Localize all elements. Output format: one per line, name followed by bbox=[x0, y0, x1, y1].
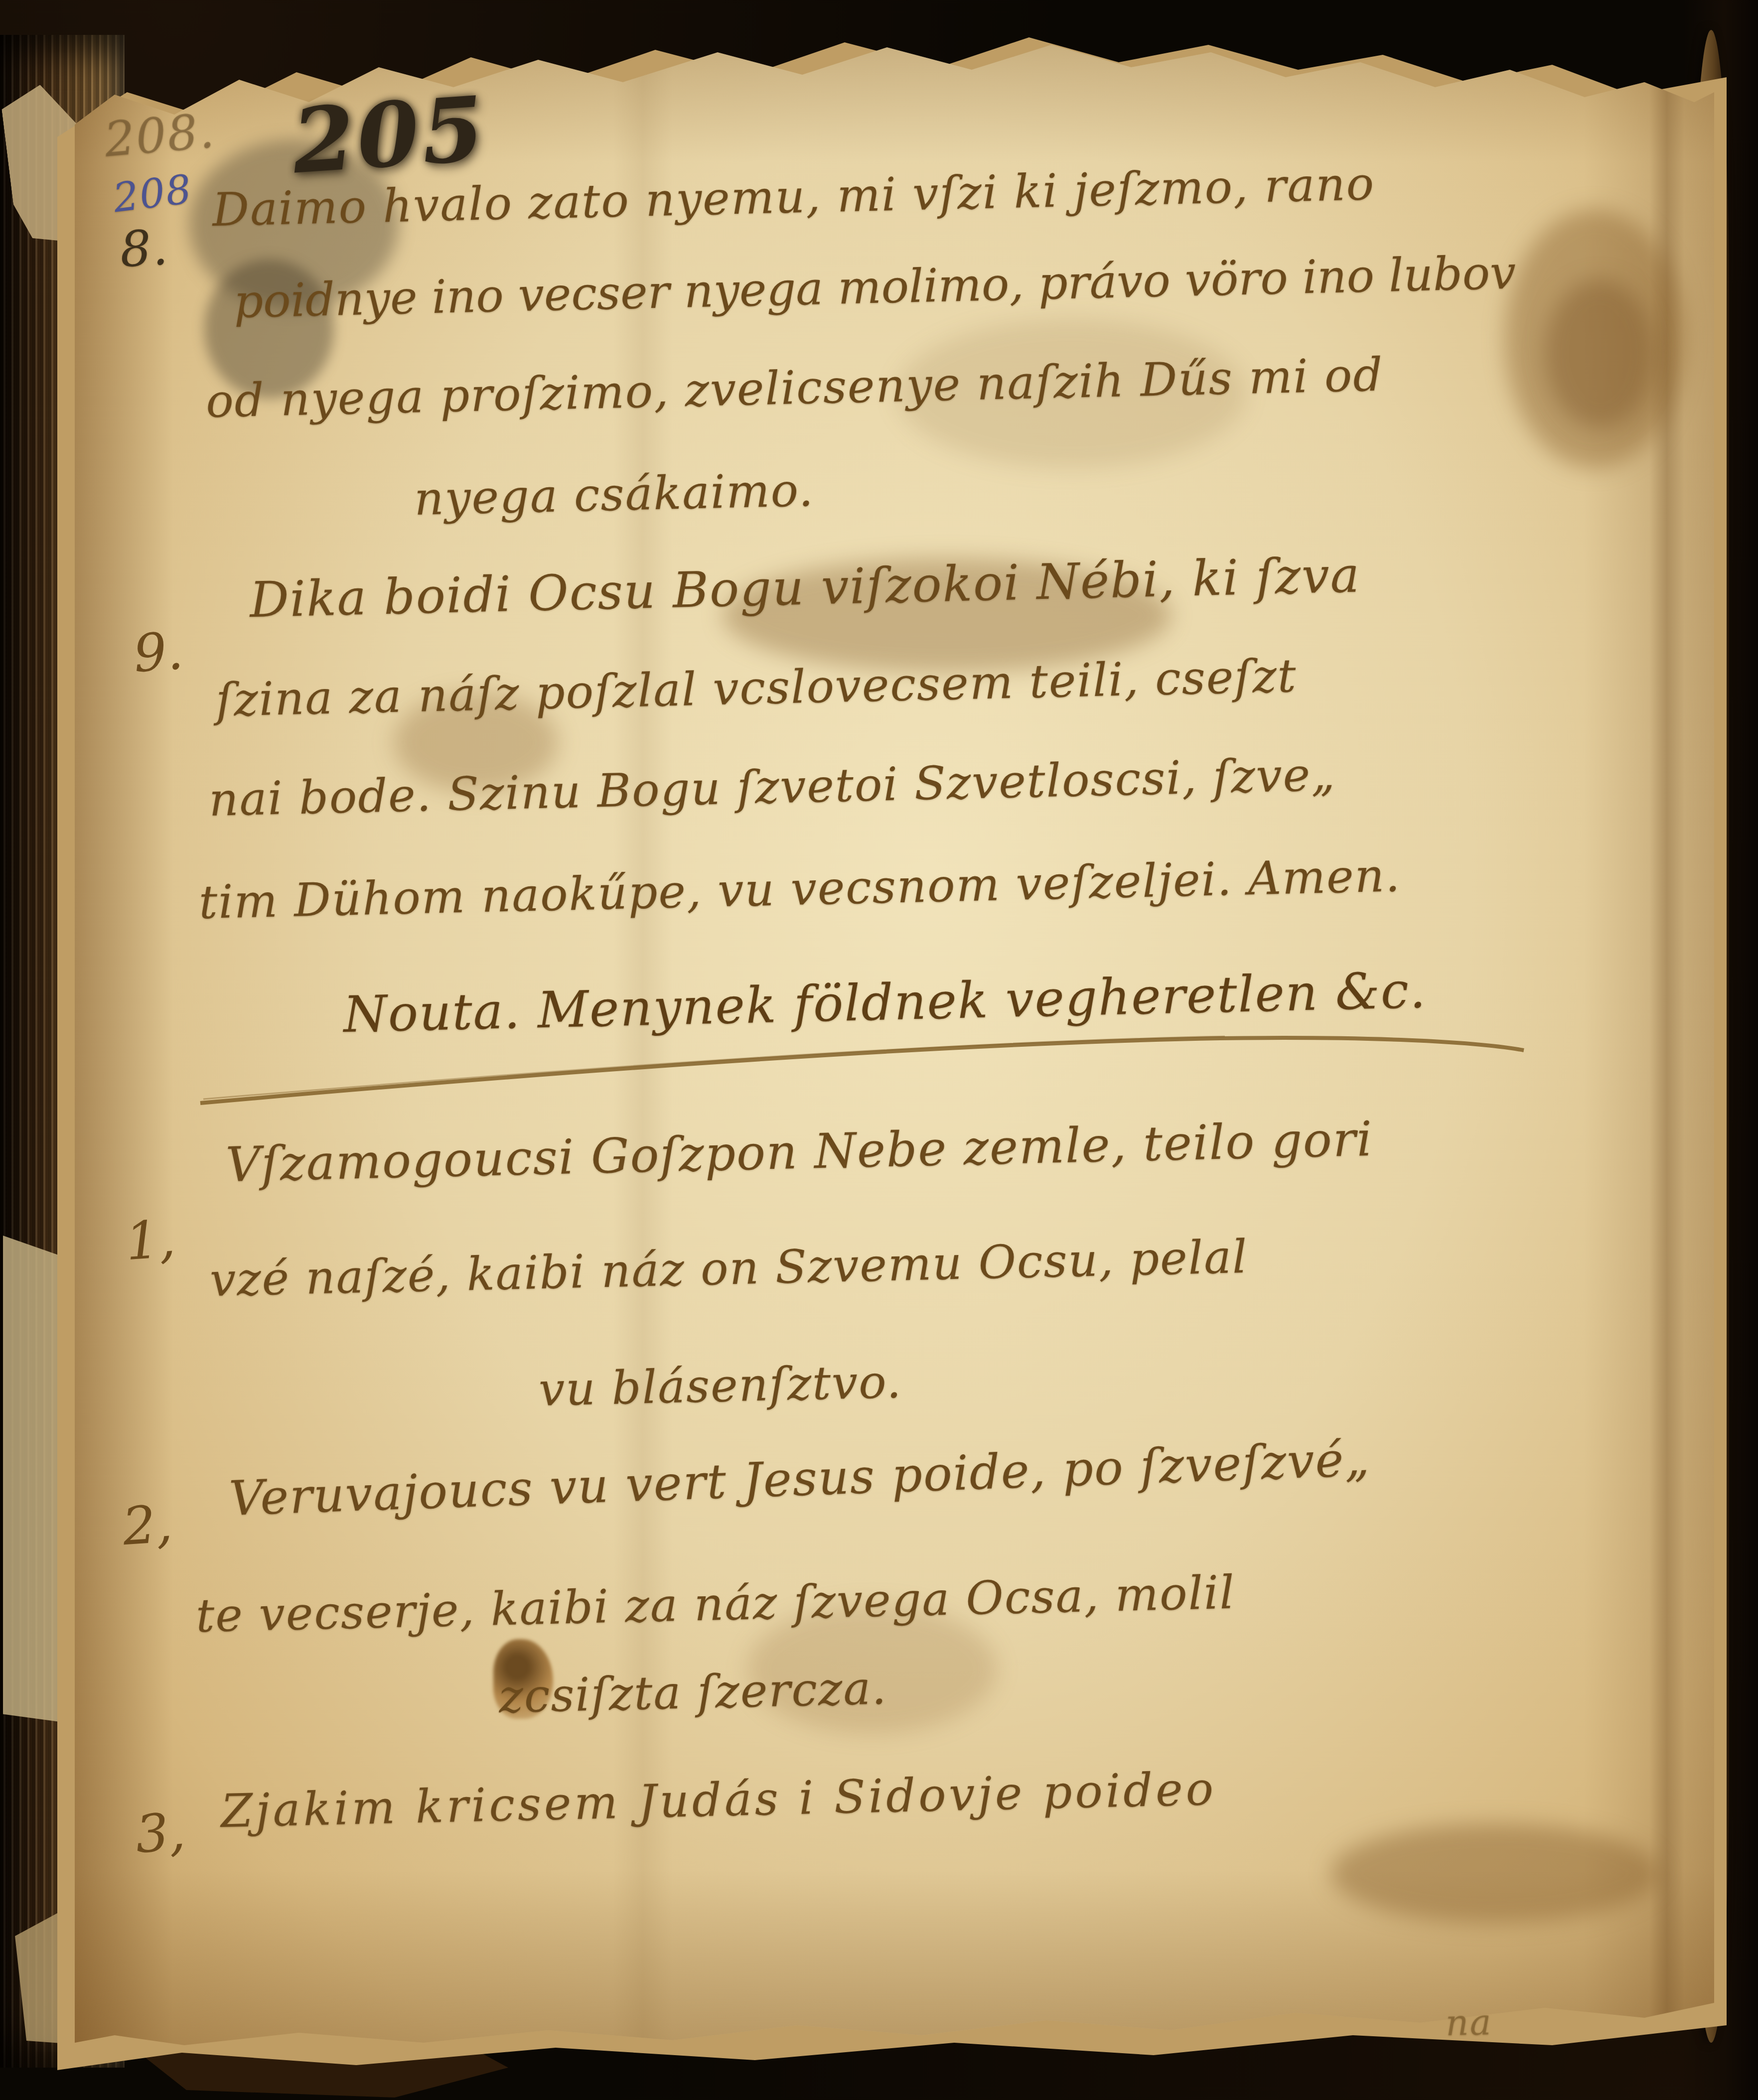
text-line: nai bode. Szinu Bogu ſzvetoi Szvetloscsi… bbox=[208, 748, 1336, 827]
margin-marker-9: 9. bbox=[132, 620, 185, 685]
text-line: tim Dühom naokűpe, vu vecsnom veſzeljei.… bbox=[198, 848, 1401, 929]
heading-underline bbox=[198, 1024, 1534, 1109]
text-line: zcsiſzta ſzercza. bbox=[498, 1661, 887, 1723]
text-line: vzé naſzé, kaibi náz on Szvemu Ocsu, pel… bbox=[209, 1230, 1248, 1307]
text-line: poidnye ino vecser nyega molimo, právo v… bbox=[233, 246, 1516, 328]
verse-number-8: 8. bbox=[119, 219, 170, 279]
catchword: na bbox=[1445, 2001, 1492, 2044]
manuscript-photo: 208. 205 208 8. 9. 1, 2, 3, Daimo hvalo … bbox=[0, 0, 1758, 2100]
text-line: od nyega proſzimo, zvelicsenye naſzih Dű… bbox=[205, 348, 1384, 428]
text-line: Dika boidi Ocsu Bogu viſzokoi Nébi, ki ſ… bbox=[249, 547, 1361, 629]
page-number-overwrite: 205 bbox=[289, 76, 490, 194]
margin-marker-3: 3, bbox=[134, 1801, 187, 1865]
text-line: Veruvajoucs vu vert Jesus poide, po ſzve… bbox=[228, 1431, 1371, 1527]
margin-marker-2: 2, bbox=[121, 1493, 174, 1557]
page-number-faded: 208. bbox=[102, 103, 217, 168]
text-line: Zjakim kricsem Judás i Sidovje poideo bbox=[220, 1762, 1217, 1838]
page-number-blue-pencil: 208 bbox=[111, 166, 195, 222]
text-line: Vſzamogoucsi Goſzpon Nebe zemle, teilo g… bbox=[225, 1111, 1373, 1193]
text-line: vu blásenſztvo. bbox=[538, 1355, 902, 1416]
handwriting-layer: 208. 205 208 8. 9. 1, 2, 3, Daimo hvalo … bbox=[0, 0, 1758, 2100]
text-line: te vecserje, kaibi za náz ſzvega Ocsa, m… bbox=[195, 1566, 1236, 1643]
text-line: ſzina za náſz poſzlal vcslovecsem teili,… bbox=[215, 649, 1298, 727]
text-line: nyega csákaimo. bbox=[414, 463, 815, 526]
margin-marker-1: 1, bbox=[124, 1208, 177, 1272]
